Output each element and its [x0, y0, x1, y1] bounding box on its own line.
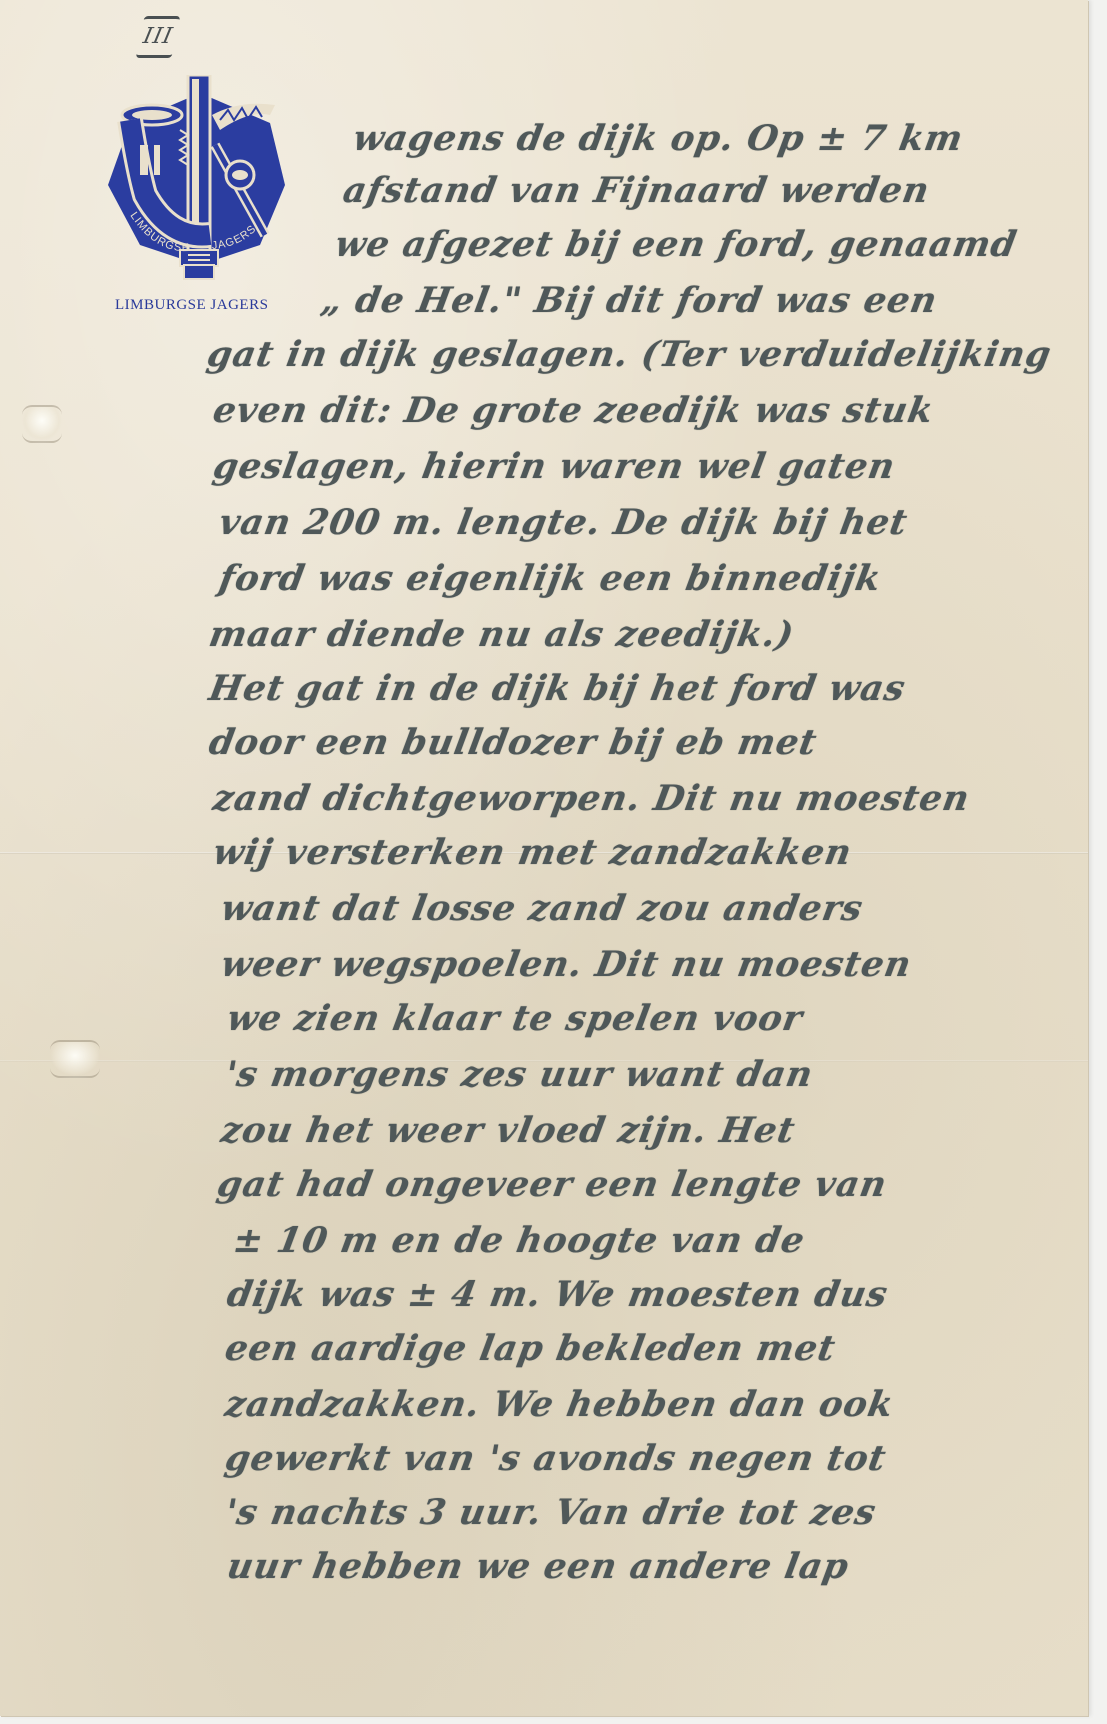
adhesive-residue-mark	[22, 405, 62, 443]
handwritten-line: wagens de dijk op. Op ± 7 km	[350, 118, 967, 159]
handwritten-line: dijk was ± 4 m. We moesten dus	[224, 1274, 891, 1315]
handwritten-line: gat had ongeveer een lengte van	[214, 1164, 890, 1205]
handwritten-line: uur hebben we een andere lap	[224, 1546, 852, 1587]
handwritten-line: gewerkt van 's avonds negen tot	[222, 1438, 890, 1479]
handwritten-line: zandzakken. We hebben dan ook	[222, 1384, 897, 1425]
letterhead-caption: LIMBURGSE JAGERS	[115, 297, 268, 314]
handwritten-line: gat in dijk geslagen. (Ter verduidelijki…	[204, 334, 1055, 375]
handwritten-line: ford was eigenlijk een binnedijk	[216, 558, 885, 599]
handwritten-line: een aardige lap bekleden met	[222, 1328, 839, 1369]
adhesive-residue-mark	[50, 1040, 100, 1078]
handwritten-line: 's nachts 3 uur. Van drie tot zes	[222, 1492, 879, 1533]
handwritten-line: „ de Hel." Bij dit ford was een	[318, 280, 941, 321]
handwritten-line: Het gat in de dijk bij het ford was	[206, 668, 909, 709]
handwritten-line: afstand van Fijnaard werden	[340, 170, 933, 211]
handwritten-line: we zien klaar te spelen voor	[224, 998, 806, 1039]
page-number: III	[136, 16, 181, 58]
handwritten-line: 's morgens zes uur want dan	[222, 1054, 816, 1095]
handwritten-line: ± 10 m en de hoogte van de	[230, 1220, 808, 1261]
handwritten-line: want dat losse zand zou anders	[218, 888, 866, 929]
handwritten-line: we afgezet bij een ford, genaamd	[332, 224, 1020, 265]
handwritten-line: weer wegspoelen. Dit nu moesten	[218, 944, 915, 985]
handwritten-line: van 200 m. lengte. De dijk bij het	[216, 502, 911, 543]
handwritten-line: door een bulldozer bij eb met	[206, 722, 820, 763]
handwritten-line: zou het weer vloed zijn. Het	[218, 1110, 799, 1151]
handwritten-line: maar diende nu als zeedijk.)	[206, 614, 797, 655]
handwritten-line: even dit: De grote zeedijk was stuk	[210, 390, 937, 431]
handwritten-line: geslagen, hierin waren wel gaten	[210, 446, 899, 487]
handwritten-line: wij versterken met zandzakken	[210, 832, 855, 873]
letter-page: III LIMBURGSE	[0, 0, 1088, 1716]
handwritten-line: zand dichtgeworpen. Dit nu moesten	[210, 778, 973, 819]
limburgse-jagers-emblem-icon: LIMBURGSE JAGERS	[100, 75, 300, 285]
